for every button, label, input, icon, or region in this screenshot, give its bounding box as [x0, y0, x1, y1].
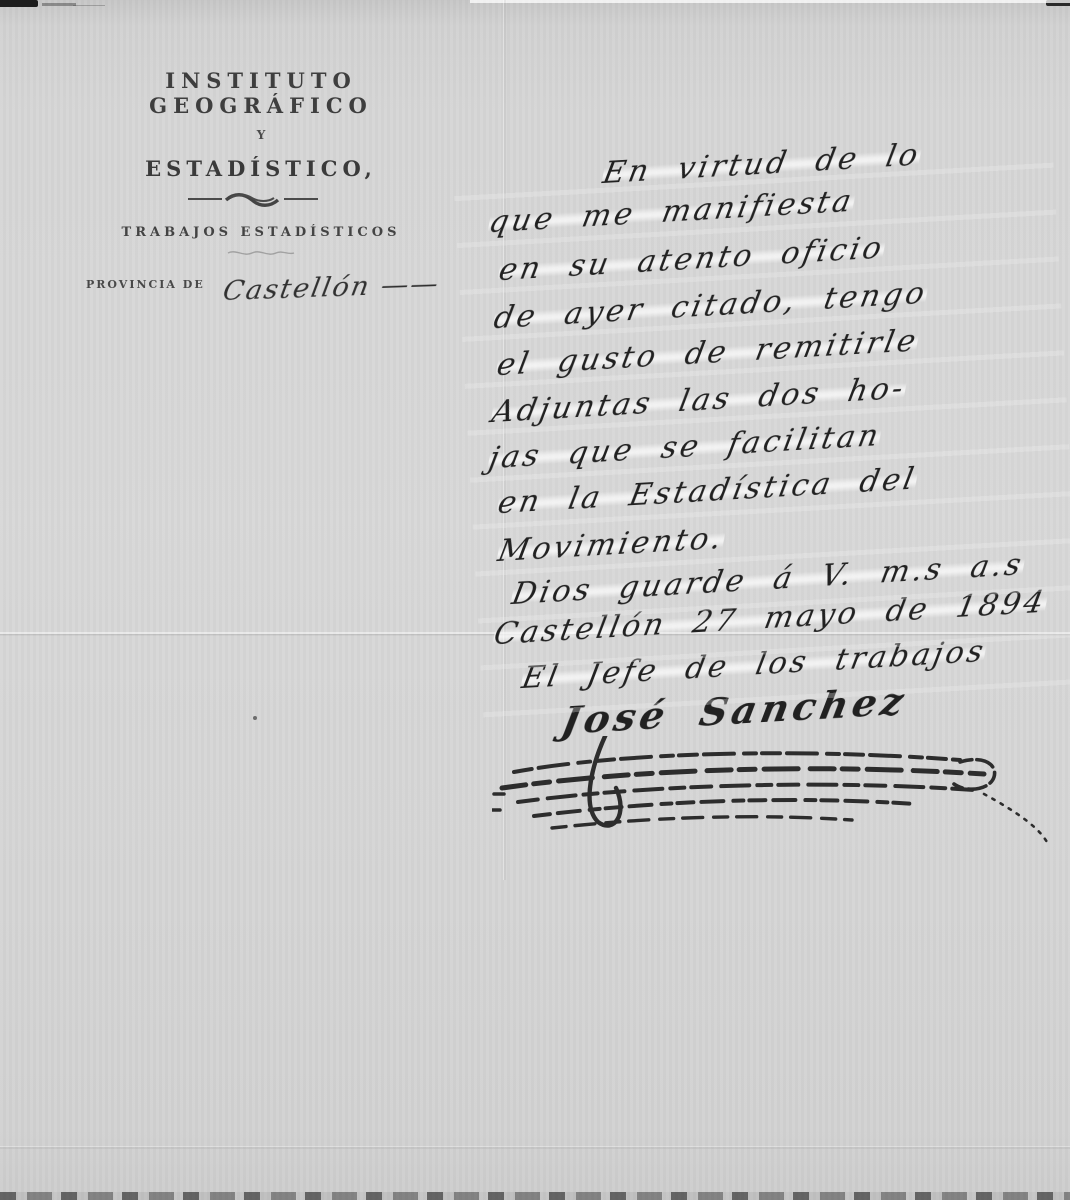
- document-page: INSTITUTO GEOGRÁFICO Y ESTADÍSTICO, TRAB…: [0, 0, 1070, 1200]
- scan-edge-top: [470, 0, 1070, 3]
- letterhead: INSTITUTO GEOGRÁFICO Y ESTADÍSTICO, TRAB…: [58, 68, 464, 261]
- letterhead-small-squiggle-icon: [58, 242, 464, 261]
- signature-rubric-flourish-icon: [492, 736, 1052, 860]
- province-label: PROVINCIA DE: [86, 278, 205, 291]
- letterhead-institute-name-2: ESTADÍSTICO,: [58, 156, 464, 181]
- letterhead-conjunction: Y: [58, 128, 464, 142]
- province-line: PROVINCIA DE Castellón ——: [86, 272, 439, 303]
- province-handwritten-value: Castellón ——: [220, 268, 442, 306]
- letterhead-subtitle: TRABAJOS ESTADÍSTICOS: [58, 225, 464, 240]
- letterhead-institute-name: INSTITUTO GEOGRÁFICO: [58, 68, 464, 118]
- handwriting-line: En virtud de lo: [600, 138, 924, 191]
- handwriting-line: que me manifiesta: [486, 184, 857, 240]
- divider-flourish-icon: [58, 191, 464, 211]
- ink-dot-speck: [253, 716, 257, 720]
- handwriting-line: en su atento oficio: [496, 231, 887, 288]
- handwriting-line: Movimiento.: [495, 521, 727, 569]
- scan-artifact-top-left: [0, 0, 38, 7]
- paper-crease-horizontal-lower: [0, 1146, 1070, 1149]
- scan-artifact-bottom-edge: [0, 1192, 1070, 1200]
